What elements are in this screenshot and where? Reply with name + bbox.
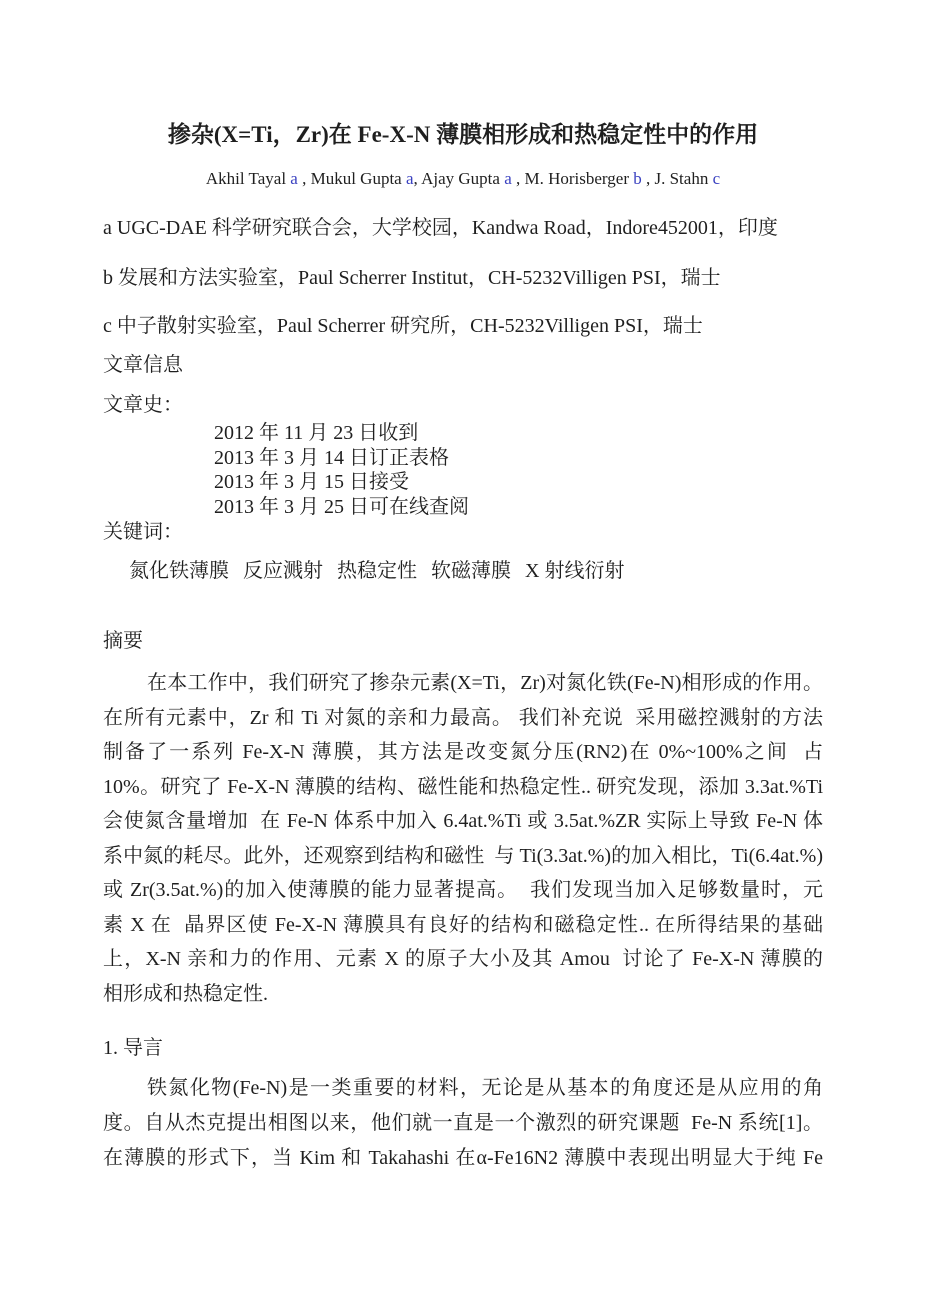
keyword: 氮化铁薄膜 [129, 558, 229, 584]
keyword: 反应溅射 [243, 558, 323, 584]
author-name: Mukul Gupta [311, 169, 406, 188]
introduction-text-line: 铁氮化物(Fe-N)是一类重要的材料，无论是从基本的角度还是从应用的角 [103, 1071, 823, 1106]
author-name: Akhil Tayal [206, 169, 290, 188]
keywords-list: 氮化铁薄膜反应溅射热稳定性软磁薄膜X 射线衍射 [103, 558, 823, 584]
paper-title: 掺杂(X=Ti，Zr)在 Fe-X-N 薄膜相形成和热稳定性中的作用 [103, 120, 823, 150]
author-separator: , [512, 169, 525, 188]
affiliation-line: a UGC-DAE 科学研究联合会，大学校园，Kandwa Road，Indor… [103, 215, 823, 241]
abstract-text-line: 会使氮含量增加 在 Fe-N 体系中加入 6.4at.%Ti 或 3.5at.%… [103, 804, 823, 839]
author: J. Stahn c [654, 169, 720, 188]
history-date-line: 2013 年 3 月 15 日接受 [214, 470, 823, 495]
author: Akhil Tayal a , [206, 169, 311, 188]
article-history-label: 文章史： [103, 392, 823, 418]
author-separator: , [414, 169, 422, 188]
abstract-text-line: 10%。研究了 Fe-X-N 薄膜的结构、磁性能和热稳定性.. 研究发现，添加 … [103, 770, 823, 805]
abstract-text-line: 素 X 在 晶界区使 Fe-X-N 薄膜具有良好的结构和磁稳定性.. 在所得结果… [103, 908, 823, 943]
author-separator: , [642, 169, 655, 188]
author-affiliation-mark: c [713, 169, 721, 188]
history-date-line: 2013 年 3 月 14 日订正表格 [214, 446, 823, 471]
author-line: Akhil Tayal a , Mukul Gupta a, Ajay Gupt… [103, 168, 823, 190]
introduction-text-line: 在薄膜的形式下，当 Kim 和 Takahashi 在α-Fe16N2 薄膜中表… [103, 1141, 823, 1176]
keywords-label: 关键词： [103, 519, 823, 545]
keyword: 热稳定性 [337, 558, 417, 584]
article-history-dates: 2012 年 11 月 23 日收到2013 年 3 月 14 日订正表格201… [103, 421, 823, 519]
author-affiliation-mark: b [633, 169, 642, 188]
affiliation-line: b 发展和方法实验室，Paul Scherrer Institut，CH-523… [103, 265, 823, 291]
abstract-paragraph: 在本工作中，我们研究了掺杂元素(X=Ti，Zr)对氮化铁(Fe-N)相形成的作用… [103, 666, 823, 1011]
author: M. Horisberger b , [524, 169, 654, 188]
abstract-text-line: 在所有元素中，Zr 和 Ti 对氮的亲和力最高。 我们补充说 采用磁控溅射的方法 [103, 701, 823, 736]
keyword: 软磁薄膜 [431, 558, 511, 584]
author: Ajay Gupta a , [421, 169, 524, 188]
article-info-label: 文章信息 [103, 352, 823, 378]
abstract-text-line: 上，X-N 亲和力的作用、元素 X 的原子大小及其 Amou 讨论了 Fe-X-… [103, 942, 823, 977]
author: Mukul Gupta a, [311, 169, 422, 188]
author-affiliation-mark: a [290, 169, 298, 188]
author-name: J. Stahn [654, 169, 712, 188]
abstract-text-line: 制备了一系列 Fe-X-N 薄膜，其方法是改变氮分压(RN2)在 0%~100%… [103, 735, 823, 770]
abstract-text-line: 相形成和热稳定性. [103, 977, 823, 1012]
introduction-text-line: 度。自从杰克提出相图以来，他们就一直是一个激烈的研究课题 Fe-N 系统[1]。 [103, 1106, 823, 1141]
keyword: X 射线衍射 [525, 558, 624, 584]
author-name: M. Horisberger [524, 169, 633, 188]
abstract-text-line: 在本工作中，我们研究了掺杂元素(X=Ti，Zr)对氮化铁(Fe-N)相形成的作用… [103, 666, 823, 701]
abstract-text-line: 系中氮的耗尽。此外，还观察到结构和磁性 与 Ti(3.3at.%)的加入相比，T… [103, 839, 823, 874]
abstract-label: 摘要 [103, 628, 823, 654]
history-date-line: 2012 年 11 月 23 日收到 [214, 421, 823, 446]
section-1-heading: 1. 导言 [103, 1035, 823, 1061]
document-page: 掺杂(X=Ti，Zr)在 Fe-X-N 薄膜相形成和热稳定性中的作用 Akhil… [103, 120, 823, 1176]
abstract-text-line: 或 Zr(3.5at.%)的加入使薄膜的能力显著提高。 我们发现当加入足够数量时… [103, 873, 823, 908]
affiliation-line: c 中子散射实验室，Paul Scherrer 研究所，CH-5232Villi… [103, 313, 823, 339]
author-separator: , [298, 169, 311, 188]
author-name: Ajay Gupta [421, 169, 504, 188]
author-affiliation-mark: a [504, 169, 512, 188]
author-affiliation-mark: a [406, 169, 414, 188]
history-date-line: 2013 年 3 月 25 日可在线查阅 [214, 495, 823, 520]
affiliation-list: a UGC-DAE 科学研究联合会，大学校园，Kandwa Road，Indor… [103, 215, 823, 339]
introduction-paragraph: 铁氮化物(Fe-N)是一类重要的材料，无论是从基本的角度还是从应用的角度。自从杰… [103, 1071, 823, 1176]
